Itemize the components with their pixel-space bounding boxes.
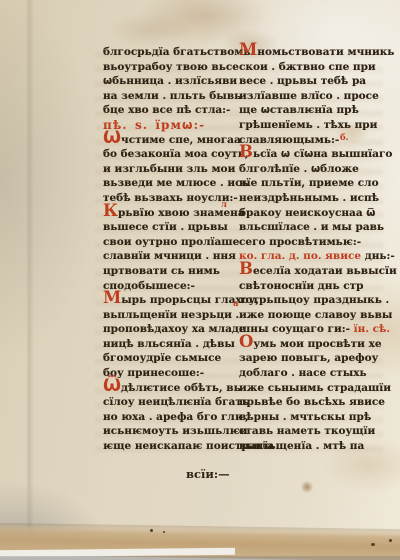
text-line: ѡбьнница . излїсьяви <box>103 74 237 89</box>
body-text: вѣрны . мчтьскы прѣ <box>239 411 371 423</box>
rubric-text: К <box>103 201 118 220</box>
text-line: излїавше влїсо . просе <box>239 89 379 104</box>
rubric-text: їн. сѣ. <box>354 323 390 335</box>
body-text: славнїи мчници . ння <box>103 250 236 262</box>
body-text: свѣтоноснїи днь стр <box>239 280 364 292</box>
text-line: ницѣ вльсянїа . дѣвы <box>103 337 237 352</box>
text-line: неиздрѣньнымь . испѣ <box>239 191 379 206</box>
margin-mark: б. <box>340 133 349 143</box>
text-line: вльсшїласе . и мы равь <box>239 220 379 235</box>
text-line: пѣ. ѕ. їрмѡ:- <box>103 118 237 133</box>
text-line: Веселїа ходатаи вьвысїи <box>239 264 379 279</box>
text-line: иже поюще славоу вьвы <box>239 308 379 323</box>
text-line: тотрьпьцоу праздныкь . <box>239 293 379 308</box>
text-line: доблаго . насе стыхь <box>239 366 379 381</box>
text-line: Ѿдѣлѥтисе обѣть, вь <box>103 381 237 396</box>
body-text: нїе пльтїи, приеме сло <box>239 177 379 189</box>
body-text: вьоутрабоу твою вьсе <box>103 61 239 73</box>
text-line: ко. гла. д. по. явисе днь:- <box>239 249 379 264</box>
text-line: прьвѣе бо вьсѣхь явисе <box>239 395 379 410</box>
body-text: дѣлѥтисе обѣть, вь <box>121 382 241 394</box>
body-text: номьствовати мчникь <box>257 46 394 58</box>
text-line: ѥще неискапаѥ поистранїа <box>103 439 237 454</box>
text-line: тебѣ вьзвахь ноусли:- <box>103 191 237 206</box>
body-text: сїлоу неицѣлѥнїа бгать <box>103 396 249 408</box>
body-text: доблаго . насе стыхь <box>239 367 367 379</box>
body-text: излїавше влїсо . просе <box>239 90 379 102</box>
body-text: свои оутрно пролїаше <box>103 236 239 248</box>
rubric-text: Ѡ <box>103 128 121 147</box>
body-text: вьпльщенїа . мтѣ па <box>239 440 364 452</box>
text-line: бгомоудрїе сьмысе <box>103 351 237 366</box>
text-line: но юха . арефа бго глѥ, <box>103 410 237 425</box>
body-text: ще ѡставлѥнїа прѣ <box>239 104 359 116</box>
text-line: весе . црьвы тебѣ ра <box>239 74 379 89</box>
backdrop-strip <box>0 548 235 557</box>
body-text: иже сьныимь страдашїи <box>239 382 391 394</box>
text-column-right: Мномьствовати мчникьскои . бжтвно спе пр… <box>239 45 379 454</box>
body-text: сего просвѣтимьѥ:- <box>239 236 361 248</box>
body-text: славляющымь:- <box>239 134 339 146</box>
body-text: шны соущаго ги:- <box>239 323 354 335</box>
body-text: скои . бжтвно спе при <box>239 61 376 73</box>
body-text: блгосрьдїа бгатьствомь. <box>103 46 254 58</box>
body-text: ѡбьнница . излїсьяви <box>103 75 237 87</box>
stain-speck <box>163 531 165 533</box>
text-line: сподобышесе:- <box>103 279 237 294</box>
body-text: тотрьпьцоу праздныкь . <box>239 294 389 306</box>
rubric-text: М <box>239 40 257 59</box>
body-text: исьнѥмоуть изьшьлѥи <box>103 425 248 437</box>
text-line: вьпльщенїа . мтѣ па <box>239 439 379 454</box>
text-line: ставь наметь ткоущїи <box>239 424 379 439</box>
text-line: ще ѡставлѥнїа прѣ <box>239 103 379 118</box>
text-line: нїе пльтїи, приеме сло <box>239 176 379 191</box>
rubric-text: ко. гла. д. по. явисе <box>239 250 365 262</box>
manuscript-photo: блгосрьдїа бгатьствомь.вьоутрабоу твою в… <box>0 0 400 560</box>
body-text: цртвовати сь нимь <box>103 265 220 277</box>
body-text: вьзведи ме млюсе . ись <box>103 177 249 189</box>
text-line: бце хво все пѣ стла:- <box>103 103 237 118</box>
body-text: блголѣпїе . ѡбложе <box>239 163 359 175</box>
stain-speck <box>371 543 375 546</box>
text-line: на земли . пльть бывь <box>103 89 237 104</box>
manuscript-page: блгосрьдїа бгатьствомь.вьоутрабоу твою в… <box>0 0 400 554</box>
text-line: бракоу неискоуснаа ѿ <box>239 206 379 221</box>
text-line: иже сьныимь страдашїи <box>239 381 379 396</box>
text-line: скои . бжтвно спе при <box>239 60 379 75</box>
body-text: тебѣ вьзвахь ноусли:- <box>103 192 238 204</box>
text-line: вьзведи ме млюсе . ись <box>103 176 237 191</box>
text-line: Оумь мои просвѣти хе <box>239 337 379 352</box>
rubric-text: О <box>239 332 253 351</box>
text-line: Мырь прорьсцы глахоу, <box>103 293 237 308</box>
body-text: прьвѣе бо вьсѣхь явисе <box>239 396 385 408</box>
body-text: вльсшїласе . и мы равь <box>239 221 384 233</box>
body-text: бгомоудрїе сьмысе <box>103 352 221 364</box>
rubric-text: В <box>239 259 253 278</box>
text-line: блгосрьдїа бгатьствомь. <box>103 45 237 60</box>
text-line: проповѣдахоу ха младе <box>103 322 237 337</box>
text-line: вьшесе стїи . црьвы <box>103 220 237 235</box>
rubric-text: Ѿ <box>103 376 121 395</box>
text-line: свѣтоноснїи днь стр <box>239 279 379 294</box>
body-text: бо безаконїа моа соуть, <box>103 148 249 160</box>
body-text: ьсїа ѡ сїѡна вышнїаго <box>253 148 392 160</box>
text-line: вѣрны . мчтьскы прѣ <box>239 410 379 425</box>
text-line: грѣшенїемь . тѣхь при <box>239 118 379 133</box>
body-text: и изгльбыни зль мои <box>103 163 235 175</box>
body-text: днь:- <box>365 250 395 262</box>
text-line: Ѡчстиме спе, многаа <box>103 133 237 148</box>
body-text: иже поюще славоу вьвы <box>239 309 392 321</box>
body-text: грѣшенїемь . тѣхь при <box>239 119 377 131</box>
margin-mark: а <box>233 299 239 309</box>
margin-mark: л <box>221 200 227 210</box>
body-text: весе . црьвы тебѣ ра <box>239 75 366 87</box>
text-line: вьоутрабоу твою вьсе <box>103 60 237 75</box>
body-text: еселїа ходатаи вьвысїи <box>253 265 397 277</box>
text-line: бо безаконїа моа соуть, <box>103 147 237 162</box>
text-line: свои оутрно пролїаше <box>103 235 237 250</box>
text-line: славляющымь:- <box>239 133 379 148</box>
body-text: на земли . пльть бывь <box>103 90 241 102</box>
body-text: ницѣ вльсянїа . дѣвы <box>103 338 235 350</box>
catchword: всїи:— <box>186 467 230 481</box>
stain-speck <box>389 539 392 542</box>
text-line: сїлоу неицѣлѥнїа бгать <box>103 395 237 410</box>
body-text: неиздрѣньнымь . испѣ <box>239 192 379 204</box>
body-text: зарею повыгь, арефоу <box>239 352 378 364</box>
body-text: ставь наметь ткоущїи <box>239 425 375 437</box>
text-line: сего просвѣтимьѥ:- <box>239 235 379 250</box>
text-line: и изгльбыни зль мои <box>103 162 237 177</box>
text-line: боу принесоше:- <box>103 366 237 381</box>
rubric-text: М <box>103 288 121 307</box>
body-text: бце хво все пѣ стла:- <box>103 104 230 116</box>
body-text: умь мои просвѣти хе <box>253 338 381 350</box>
text-line: Крьвїю хвою знамена <box>103 206 237 221</box>
text-line: шны соущаго ги:- їн. сѣ. <box>239 322 379 337</box>
body-text: вьпльщенїи незрьци . <box>103 309 239 321</box>
text-line: вьпльщенїи незрьци . <box>103 308 237 323</box>
text-line: Вьсїа ѡ сїѡна вышнїаго <box>239 147 379 162</box>
body-text: чстиме спе, многаа <box>121 134 241 146</box>
body-text: но юха . арефа бго глѥ, <box>103 411 249 423</box>
text-column-left: блгосрьдїа бгатьствомь.вьоутрабоу твою в… <box>103 45 237 454</box>
body-text: проповѣдахоу ха младе <box>103 323 246 335</box>
body-text: бракоу неискоуснаа ѿ <box>239 207 375 219</box>
text-line: славнїи мчници . ння <box>103 249 237 264</box>
text-line: цртвовати сь нимь <box>103 264 237 279</box>
stain-speck <box>150 529 153 532</box>
body-text: вьшесе стїи . црьвы <box>103 221 228 233</box>
rubric-text: В <box>239 142 253 161</box>
text-line: зарею повыгь, арефоу <box>239 351 379 366</box>
text-line: блголѣпїе . ѡбложе <box>239 162 379 177</box>
text-line: Мномьствовати мчникь <box>239 45 379 60</box>
text-line: исьнѥмоуть изьшьлѥи <box>103 424 237 439</box>
